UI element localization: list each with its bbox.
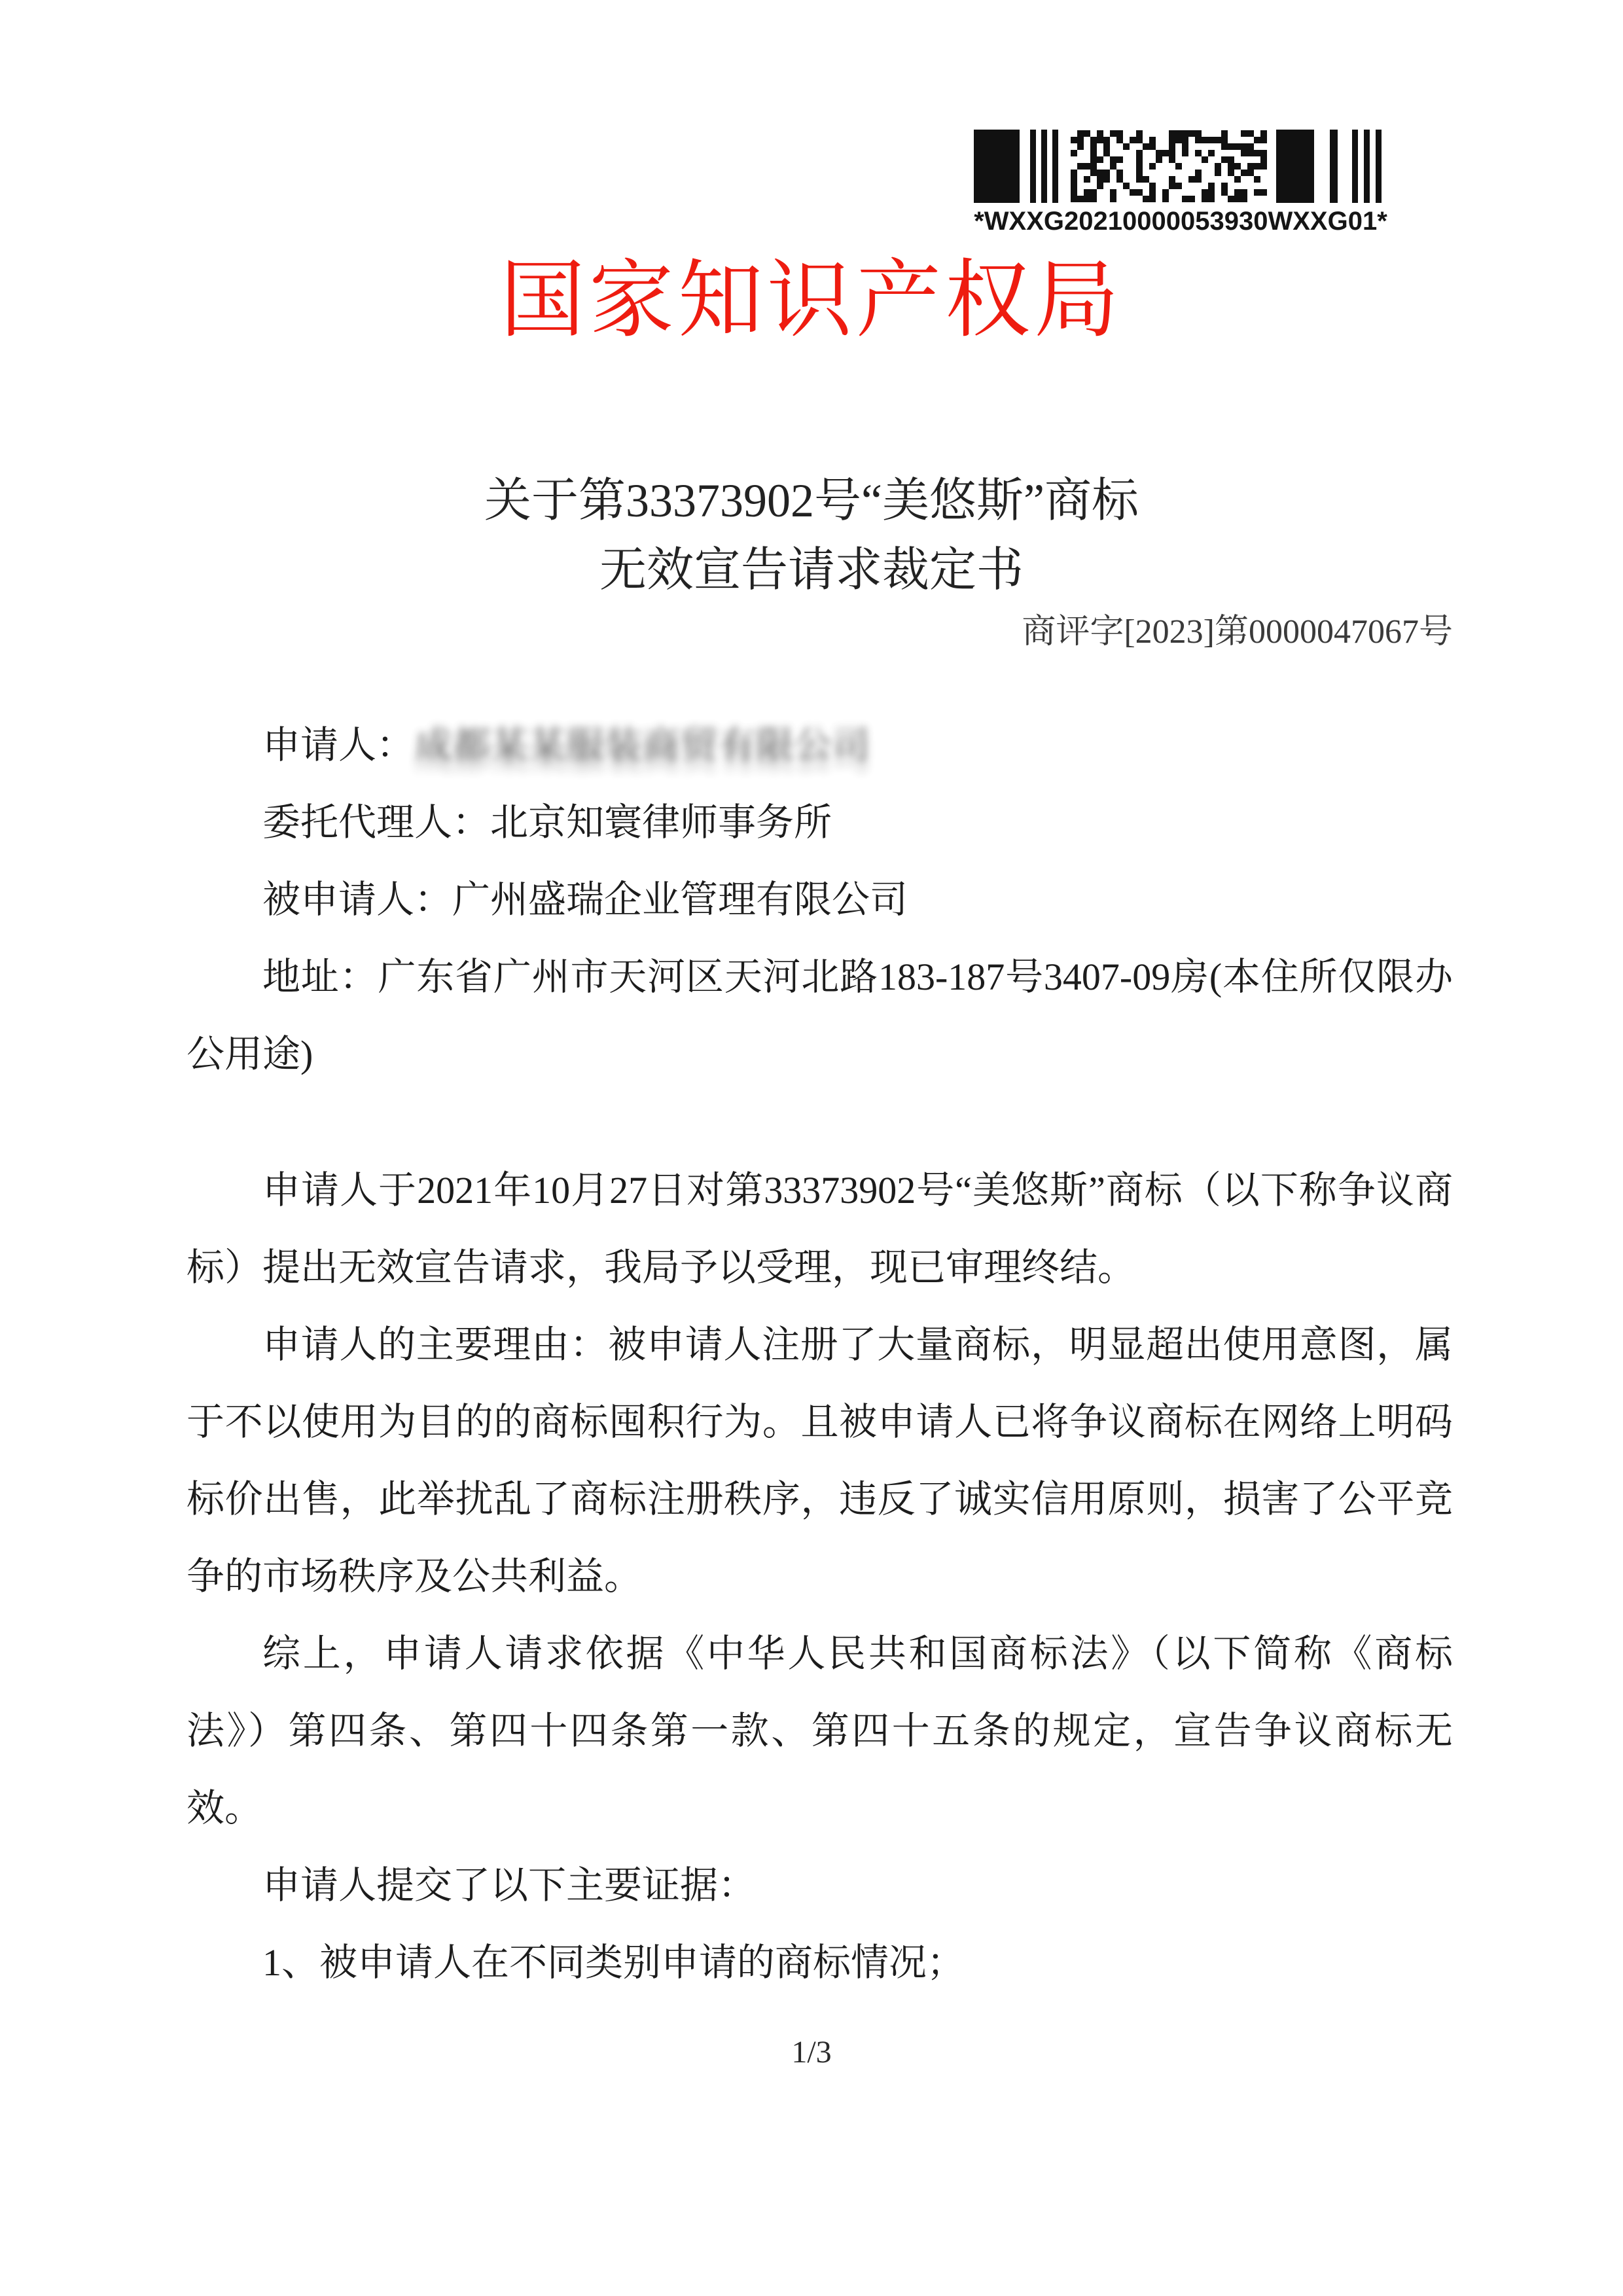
document-title: 关于第33373902号“美悠斯”商标 无效宣告请求裁定书 [0, 466, 1623, 605]
document-body: 申请人：成都某某服装商贸有限公司 委托代理人：北京知寰律师事务所 被申请人：广州… [187, 707, 1453, 2001]
applicant-label: 申请人： [262, 724, 414, 766]
document-number: 商评字[2023]第0000047067号 [187, 603, 1453, 653]
agent-name: 北京知寰律师事务所 [490, 801, 832, 844]
applicant-line: 申请人：成都某某服装商贸有限公司 [187, 707, 1453, 784]
body-paragraph: 申请人于2021年10月27日对第33373902号“美悠斯”商标（以下称争议商… [187, 1152, 1453, 1306]
agent-label: 委托代理人： [262, 801, 490, 844]
respondent-line: 被申请人：广州盛瑞企业管理有限公司 [187, 861, 1453, 939]
document-title-line1: 关于第33373902号“美悠斯”商标 [0, 466, 1623, 535]
body-paragraph: 综上，申请人请求依据《中华人民共和国商标法》（以下简称《商标法》）第四条、第四十… [187, 1615, 1453, 1847]
applicant-name-redacted: 成都某某服装商贸有限公司 [414, 724, 870, 766]
respondent-name: 广州盛瑞企业管理有限公司 [452, 878, 908, 921]
respondent-label: 被申请人： [262, 878, 452, 921]
body-paragraph: 1、被申请人在不同类别申请的商标情况； [187, 1924, 1453, 2001]
barcode: *WXXG20210000053930WXXG01* [974, 130, 1387, 236]
body-paragraph: 申请人提交了以下主要证据： [187, 1847, 1453, 1924]
address-label: 地址： [262, 956, 378, 998]
page-number: 1/3 [0, 2034, 1623, 2070]
address-line: 地址：广东省广州市天河区天河北路183-187号3407-09房(本住所仅限办公… [187, 939, 1453, 1093]
agency-title: 国家知识产权局 [0, 250, 1623, 352]
body-paragraph: 申请人的主要理由：被申请人注册了大量商标，明显超出使用意图，属于不以使用为目的的… [187, 1306, 1453, 1615]
document-title-line2: 无效宣告请求裁定书 [0, 535, 1623, 605]
agent-line: 委托代理人：北京知寰律师事务所 [187, 784, 1453, 861]
barcode-icon [974, 130, 1387, 203]
barcode-text: *WXXG20210000053930WXXG01* [974, 207, 1387, 236]
document-page: *WXXG20210000053930WXXG01* 国家知识产权局 关于第33… [0, 0, 1623, 2296]
